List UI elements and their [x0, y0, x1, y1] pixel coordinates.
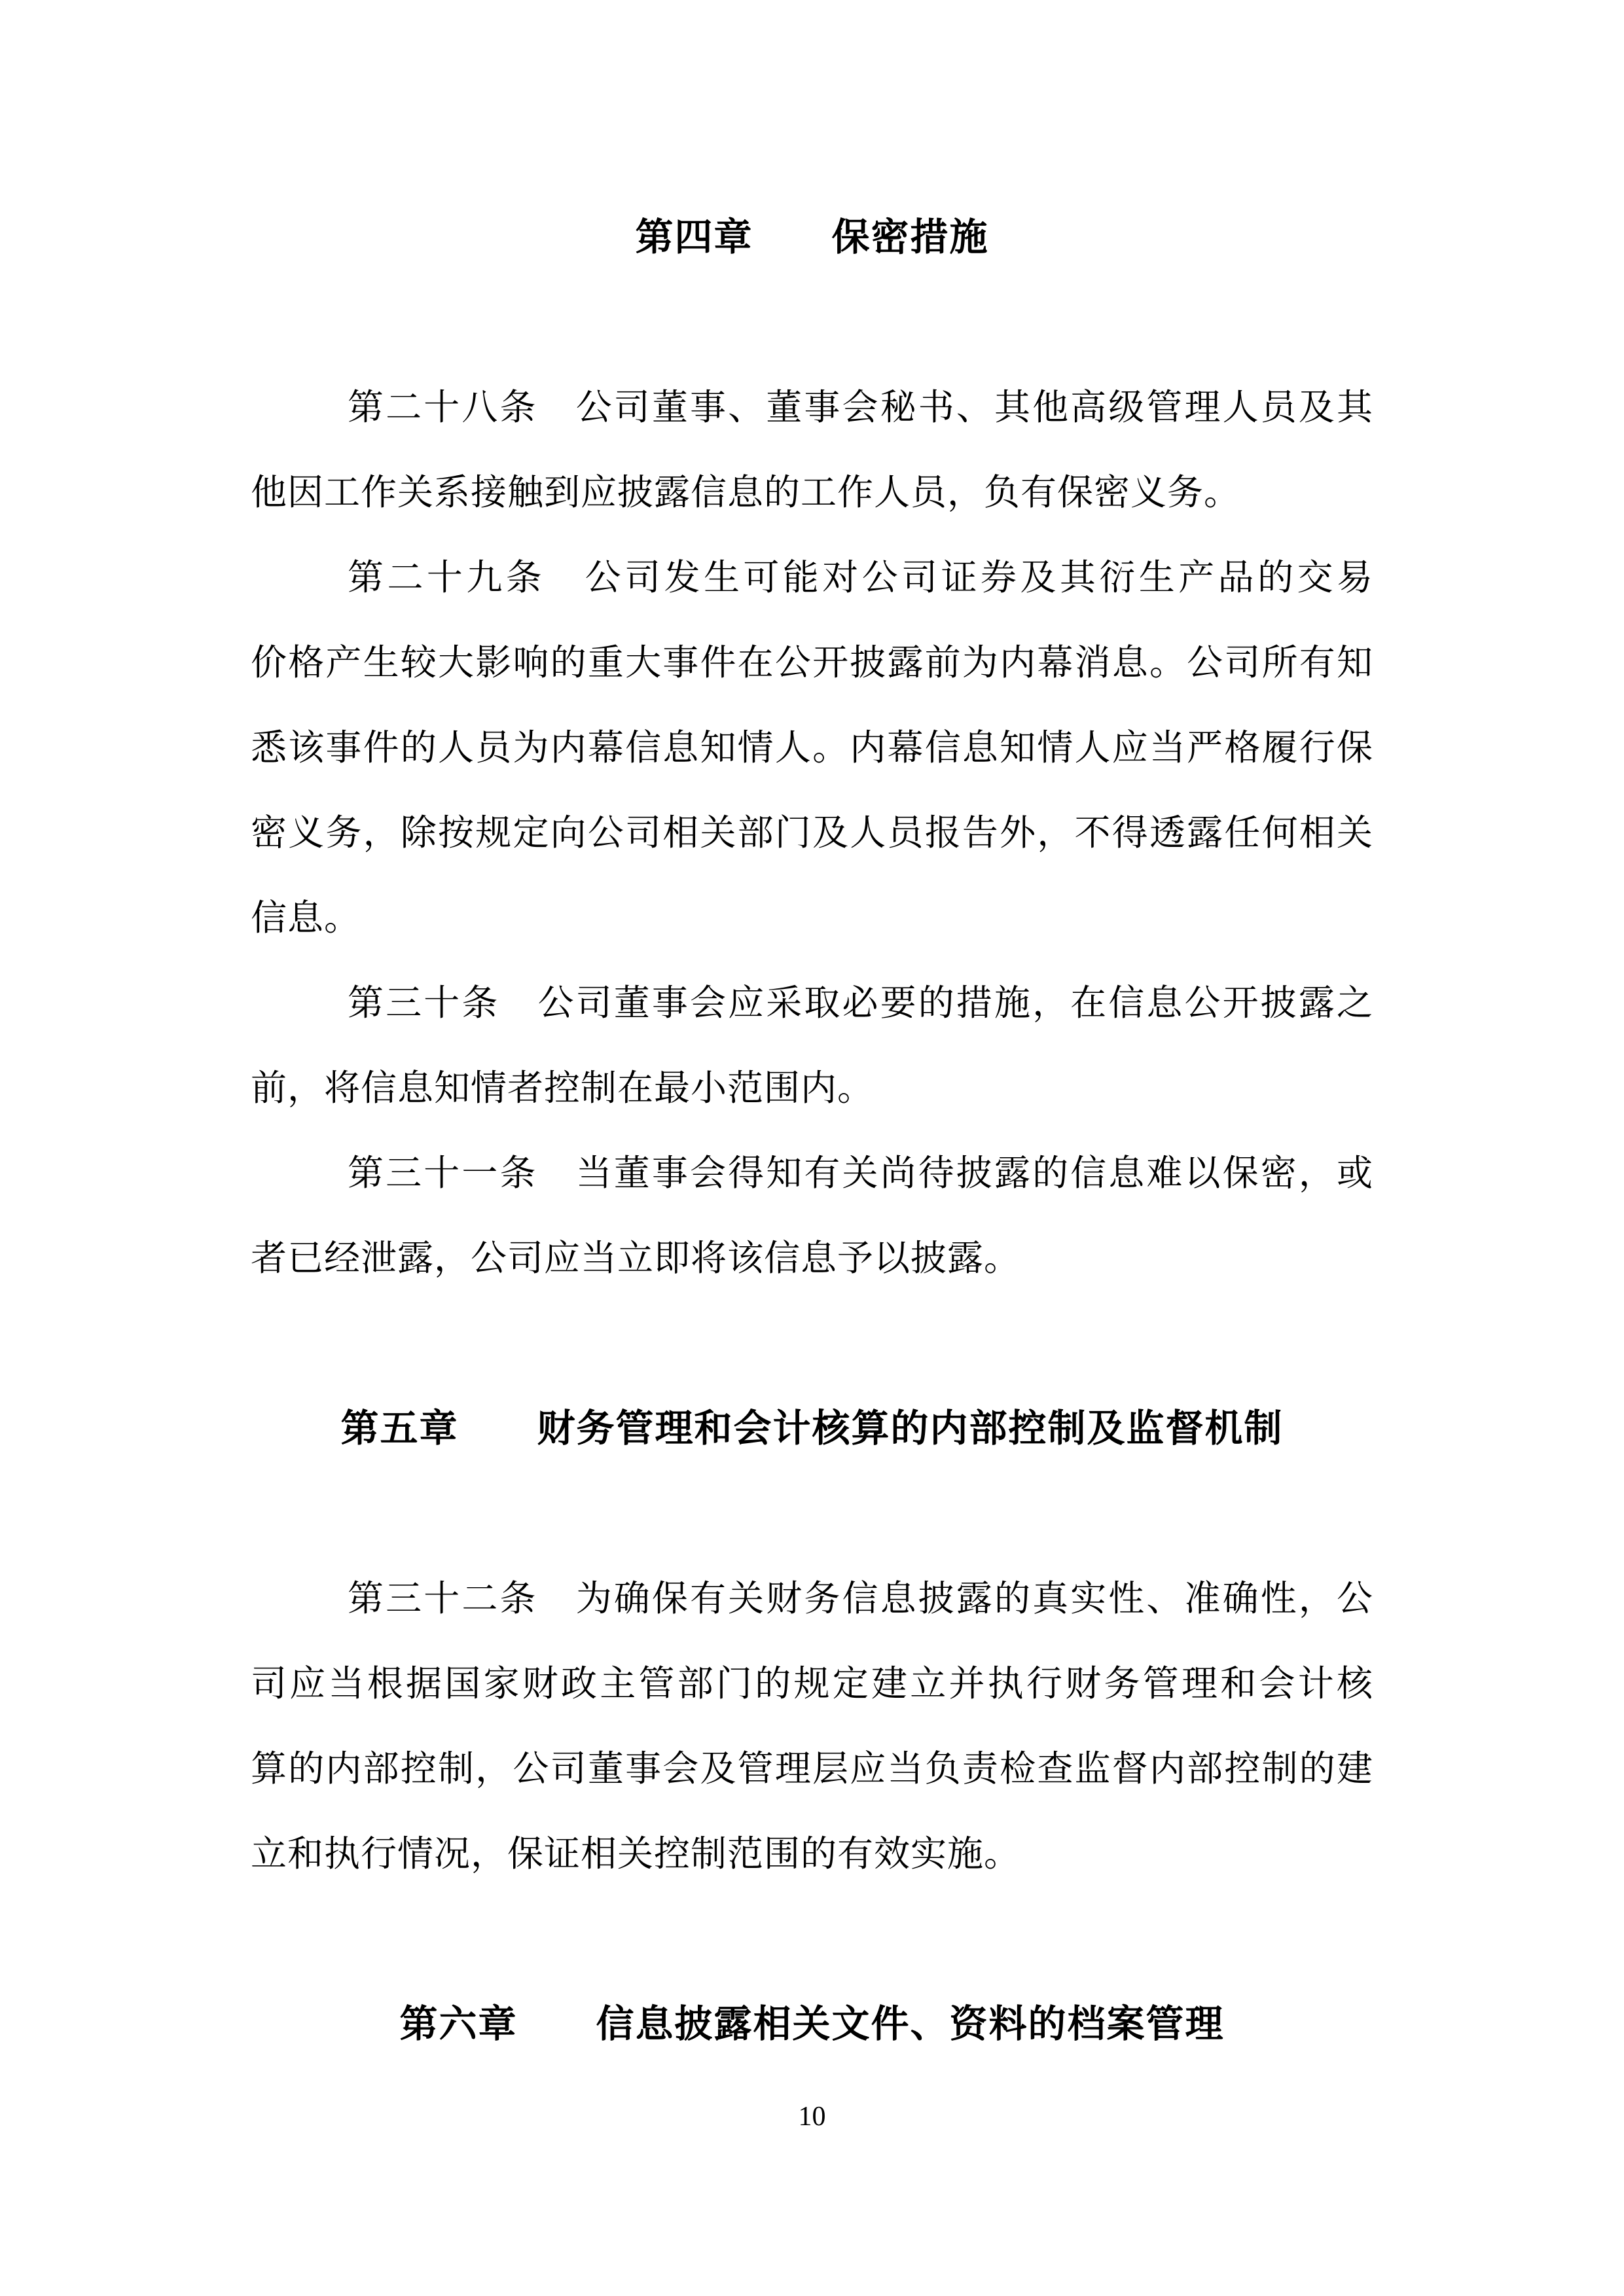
page-number: 10	[251, 2097, 1373, 2136]
document-page: 第四章 保密措施 第二十八条 公司董事、董事会秘书、其他高级管理人员及其 他因工…	[0, 0, 1624, 2296]
article-32-line-2: 司应当根据国家财政主管部门的规定建立并执行财务管理和会计核	[251, 1641, 1373, 1727]
chapter-6-heading: 第六章 信息披露相关文件、资料的档案管理	[251, 1982, 1373, 2067]
article-32-line-1: 第三十二条 为确保有关财务信息披露的真实性、准确性，公	[251, 1556, 1373, 1641]
article-31-line-2: 者已经泄露，公司应当立即将该信息予以披露。	[251, 1216, 1373, 1301]
article-32-line-4: 立和执行情况，保证相关控制范围的有效实施。	[251, 1812, 1373, 1897]
article-29-line-1: 第二十九条 公司发生可能对公司证券及其衍生产品的交易	[251, 535, 1373, 620]
article-30-line-1: 第三十条 公司董事会应采取必要的措施，在信息公开披露之	[251, 961, 1373, 1046]
article-31-line-1: 第三十一条 当董事会得知有关尚待披露的信息难以保密，或	[251, 1131, 1373, 1216]
document-content: 第四章 保密措施 第二十八条 公司董事、董事会秘书、其他高级管理人员及其 他因工…	[251, 0, 1373, 2136]
article-29-line-3: 悉该事件的人员为内幕信息知情人。内幕信息知情人应当严格履行保	[251, 706, 1373, 791]
chapter-5-heading: 第五章 财务管理和会计核算的内部控制及监督机制	[251, 1386, 1373, 1471]
article-32-line-3: 算的内部控制，公司董事会及管理层应当负责检查监督内部控制的建	[251, 1727, 1373, 1812]
article-29-line-2: 价格产生较大影响的重大事件在公开披露前为内幕消息。公司所有知	[251, 620, 1373, 706]
article-28-line-1: 第二十八条 公司董事、董事会秘书、其他高级管理人员及其	[251, 365, 1373, 450]
article-29-line-5: 信息。	[251, 876, 1373, 961]
article-28-line-2: 他因工作关系接触到应披露信息的工作人员，负有保密义务。	[251, 450, 1373, 535]
article-30-line-2: 前，将信息知情者控制在最小范围内。	[251, 1046, 1373, 1131]
chapter-4-heading: 第四章 保密措施	[251, 195, 1373, 280]
article-29-line-4: 密义务，除按规定向公司相关部门及人员报告外，不得透露任何相关	[251, 791, 1373, 876]
